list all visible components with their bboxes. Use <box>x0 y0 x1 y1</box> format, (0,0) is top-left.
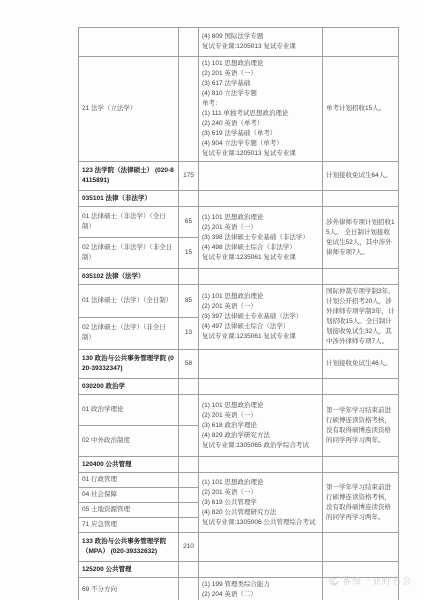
quota-cell <box>179 473 199 488</box>
exam-subjects-cell <box>199 162 323 191</box>
program-cell: 05 土地资源管理 <box>79 503 179 518</box>
exam-subject-line: (3) 617 法学基础 <box>202 79 319 89</box>
exam-subject-line: (1) 101 思想政治理论 <box>202 213 319 223</box>
quota-cell: 85 <box>179 285 199 318</box>
exam-subject-line: 复试专业课:1205013 复试专业课 <box>202 149 319 159</box>
table-row: 21 法学（立法学） (1) 101 思想政治理论 (2) 201 英语（一） … <box>79 57 399 162</box>
exam-subject-line: (4) 498 法律硕士综合（非法学） <box>202 243 319 253</box>
section-header-row: 035101 法律（非法学） <box>79 191 399 207</box>
section-header-cell: 030200 政治学 <box>79 379 179 395</box>
exam-subjects-cell: (1) 199 管理类综合能力 (2) 204 英语（二） <box>199 578 323 600</box>
college-header-cell: 123 法学院（法律硕士） (020-84115891) <box>79 162 179 191</box>
section-header-cell: 120400 公共管理 <box>79 457 179 473</box>
exam-subject-line: 复试专业课:1305006 公共管理综合考试 <box>202 518 319 528</box>
exam-subject-line: (1) 101 思想政治理论 <box>202 292 319 302</box>
program-cell: 69 不分方向 <box>79 578 179 600</box>
exam-subject-line: (3) 398 法律硕士专业基础（非法学） <box>202 233 319 243</box>
exam-subject-line: (1) 101 思想政治理论 <box>202 59 319 69</box>
exam-subject-line: 复试专业课:1205013 复试专业课 <box>202 42 319 52</box>
section-header-row: 030200 政治学 <box>79 379 399 395</box>
college-header-cell: 133 政治与公共事务管理学院（MPA） (020-39332632) <box>79 533 179 562</box>
remark-cell: 单考计划招收15人。 <box>323 57 399 162</box>
exam-subject-line: (2) 204 英语（二） <box>202 590 319 600</box>
exam-subjects-cell <box>199 533 323 562</box>
program-cell: 71 应急管理 <box>79 518 179 533</box>
program-cell: 02 法律硕士（非法学）（非全日制） <box>79 238 179 269</box>
exam-subject-line: (2) 201 英语（一） <box>202 411 319 421</box>
remark-cell: 第一学年学习结束前进行硕博连读资格考核，没有取得硕博连读资格的同学再学习两年。 <box>323 395 399 457</box>
exam-subject-line: (2) 201 英语（一） <box>202 223 319 233</box>
exam-subjects-cell: (1) 101 思想政治理论 (2) 201 英语（一） (3) 398 法律硕… <box>199 207 323 269</box>
quota-cell <box>179 503 199 518</box>
exam-subjects-cell: (4) 809 国际法学专题 复试专业课:1205013 复试专业课 <box>199 28 323 57</box>
exam-subject-line: (4) 820 公共管理研究方法 <box>202 508 319 518</box>
program-cell: 01 法律硕士（非法学）（全日制） <box>79 207 179 238</box>
exam-subject-line: (1) 101 思想政治理论 <box>202 401 319 411</box>
exam-subject-line: (2) 201 英语（一） <box>202 302 319 312</box>
remark-cell <box>323 533 399 562</box>
exam-subject-line: (4) 809 国际法学专题 <box>202 32 319 42</box>
remark-cell: 涉外律师专项计划招收15人。 全日制计划接收免试生52人，其中涉外律师专项7人。 <box>323 207 399 269</box>
remark-cell <box>323 28 399 57</box>
college-header-cell: 130 政治与公共事务管理学院 (020-39332347) <box>79 350 179 379</box>
exam-subjects-cell: (1) 101 思想政治理论 (2) 201 英语（一） (3) 618 政治学… <box>199 395 323 457</box>
remark-cell: 国际仲裁专项学制3年，计划公开招考20人，涉外律师专项学制3年，计划招收15人。… <box>323 285 399 350</box>
exam-subjects-cell: (1) 101 思想政治理论 (2) 201 英语（一） (3) 619 公共管… <box>199 473 323 533</box>
exam-subject-line: (3) 619 法学基础（单考） <box>202 129 319 139</box>
exam-subject-line: 复试专业课:1235061 复试专业课 <box>202 332 319 342</box>
exam-subjects-cell <box>199 350 323 379</box>
exam-subject-line: (4) 829 政治学研究方法 <box>202 431 319 441</box>
quota-cell <box>179 426 199 457</box>
program-cell: 01 法律硕士（法学）（全日制） <box>79 285 179 318</box>
section-header-cell: 035102 法律（法学） <box>79 269 179 285</box>
exam-subjects-cell: (1) 101 思想政治理论 (2) 201 英语（一） (3) 397 法律硕… <box>199 285 323 350</box>
quota-cell: 13 <box>179 317 199 350</box>
weibo-swirl-icon <box>329 576 339 586</box>
program-cell: 02 中外政治制度 <box>79 426 179 457</box>
quota-cell <box>179 488 199 503</box>
quota-cell <box>179 518 199 533</box>
exam-subject-line: (4) 904 立法学专题（单考） <box>202 139 319 149</box>
section-header-cell: 125200 公共管理 <box>79 562 179 578</box>
section-header-cell: 035101 法律（非法学） <box>79 191 179 207</box>
admissions-table: (4) 809 国际法学专题 复试专业课:1205013 复试专业课 21 法学… <box>78 27 399 600</box>
exam-subject-line: (3) 619 公共管理学 <box>202 498 319 508</box>
college-header-row: 133 政治与公共事务管理学院（MPA） (020-39332632) 210 <box>79 533 399 562</box>
watermark: 番细一业野苔会 <box>329 574 412 587</box>
section-header-row: 035102 法律（法学） <box>79 269 399 285</box>
remark-cell: 计划接收免试生46人。 <box>323 350 399 379</box>
exam-subject-line: (2) 201 英语（一） <box>202 69 319 79</box>
table-row: 01 法律硕士（非法学）（全日制） 65 (1) 101 思想政治理论 (2) … <box>79 207 399 238</box>
remark-cell: 计划接收免试生64人。 <box>323 162 399 191</box>
exam-subject-line: 复试专业课:1305065 政治学综合考试 <box>202 441 319 451</box>
exam-subject-line: (1) 101 思想政治理论 <box>202 478 319 488</box>
exam-subject-line: (2) 201 英语（一） <box>202 488 319 498</box>
exam-subject-line: (3) 618 政治学理论 <box>202 421 319 431</box>
program-cell: 02 法律硕士（法学）（非全日制） <box>79 317 179 350</box>
quota-cell <box>179 28 199 57</box>
table-row: 01 法律硕士（法学）（全日制） 85 (1) 101 思想政治理论 (2) 2… <box>79 285 399 318</box>
program-cell: 01 行政管理 <box>79 473 179 488</box>
exam-subject-line: (1) 111 单独考试思想政治理论 <box>202 109 319 119</box>
program-cell: 01 政治学理论 <box>79 395 179 426</box>
quota-cell <box>179 395 199 426</box>
table-row: 01 行政管理 (1) 101 思想政治理论 (2) 201 英语（一） (3)… <box>79 473 399 488</box>
exam-subjects-cell: (1) 101 思想政治理论 (2) 201 英语（一） (3) 617 法学基… <box>199 57 323 162</box>
remark-cell: 第一学年学习结束前进行硕博连读资格考核，没有取得硕博连读资格的同学再学习两年。 <box>323 473 399 533</box>
section-header-row: 120400 公共管理 <box>79 457 399 473</box>
quota-cell: 65 <box>179 207 199 238</box>
quota-cell: 210 <box>179 533 199 562</box>
program-cell <box>79 28 179 57</box>
exam-subject-line: (4) 497 法律硕士综合（法学） <box>202 322 319 332</box>
table-row: (4) 809 国际法学专题 复试专业课:1205013 复试专业课 <box>79 28 399 57</box>
exam-subject-line: (2) 240 英语（单考） <box>202 119 319 129</box>
program-cell: 21 法学（立法学） <box>79 57 179 162</box>
college-header-row: 123 法学院（法律硕士） (020-84115891) 175 计划接收免试生… <box>79 162 399 191</box>
quota-cell: 175 <box>179 162 199 191</box>
exam-subject-line: (4) 810 立法学专题 <box>202 89 319 99</box>
college-header-row: 130 政治与公共事务管理学院 (020-39332347) 58 计划接收免试… <box>79 350 399 379</box>
quota-cell: 58 <box>179 350 199 379</box>
exam-subject-line: (3) 397 法律硕士专业基础（法学） <box>202 312 319 322</box>
quota-cell: 15 <box>179 238 199 269</box>
quota-cell <box>179 57 199 162</box>
quota-cell <box>179 578 199 600</box>
exam-subject-line: 单考： <box>202 99 319 109</box>
program-cell: 04 社会保障 <box>79 488 179 503</box>
exam-subject-line: (1) 199 管理类综合能力 <box>202 580 319 590</box>
table-row: 01 政治学理论 (1) 101 思想政治理论 (2) 201 英语（一） (3… <box>79 395 399 426</box>
exam-subject-line: 复试专业课:1235061 复试专业课 <box>202 253 319 263</box>
watermark-text: 番细一业野苔会 <box>342 574 412 587</box>
